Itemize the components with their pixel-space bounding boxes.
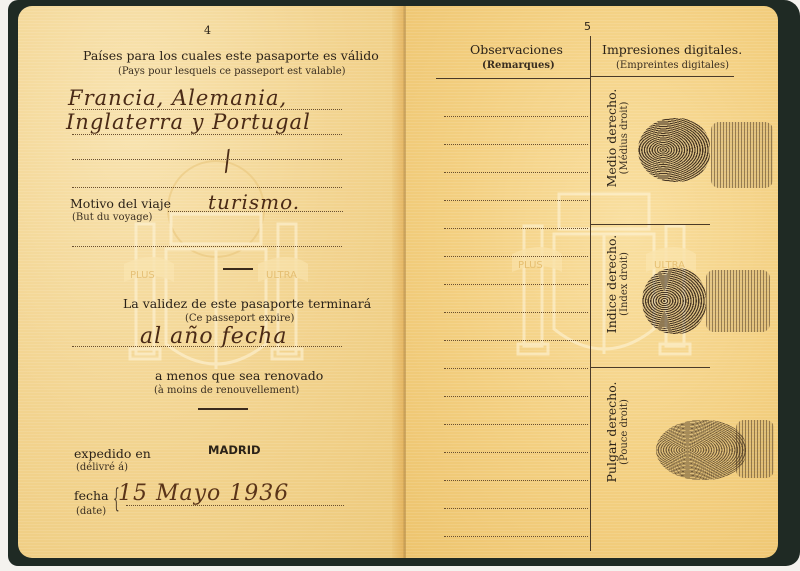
purpose-label-fr: (But du voyage)	[72, 212, 152, 223]
observation-line	[444, 424, 588, 425]
countries-value-line1: Francia, Alemania,	[68, 86, 287, 110]
purpose-label: Motivo del viaje	[70, 196, 171, 211]
date-label: fecha	[74, 488, 109, 503]
observation-line	[444, 312, 588, 313]
header-rule	[436, 78, 590, 79]
finger-divider	[590, 367, 710, 368]
fingerprints-title: Impresiones digitales.	[602, 42, 742, 57]
finger-label-middle: Medio derecho. (Médius droit)	[604, 78, 630, 198]
svg-text:PLUS: PLUS	[518, 260, 543, 271]
observation-line	[444, 340, 588, 341]
countries-label: Países para los cuales este pasaporte es…	[83, 48, 379, 63]
issued-label: expedido en	[74, 446, 151, 461]
observation-line	[444, 452, 588, 453]
observation-line	[444, 172, 588, 173]
observation-line	[444, 508, 588, 509]
header-rule	[590, 76, 734, 77]
dotted-line	[72, 134, 342, 135]
passport-page-5: PLUS ULTRA 5 Observaciones (Remarques) I…	[406, 6, 778, 558]
page-number: 4	[204, 24, 211, 37]
fingerprint-index-roll	[706, 270, 770, 332]
date-label-fr: (date)	[76, 506, 106, 517]
page-number: 5	[584, 20, 591, 33]
svg-text:PLUS: PLUS	[130, 270, 155, 281]
column-divider	[590, 36, 591, 551]
observation-line	[444, 144, 588, 145]
date-value: 15 Mayo 1936	[118, 481, 289, 506]
validity-label: La validez de este pasaporte terminará	[123, 296, 371, 311]
observations-title: Observaciones	[470, 42, 563, 57]
observation-line	[444, 200, 588, 201]
fingerprint-middle	[638, 118, 710, 182]
observation-line	[444, 284, 588, 285]
dotted-line	[168, 211, 343, 212]
issued-value: MADRID	[208, 443, 261, 457]
fingerprint-index	[642, 268, 706, 334]
fingerprint-middle-roll	[711, 122, 773, 188]
finger-label-index: Indice derecho. (Index droit)	[604, 224, 630, 344]
fingerprint-thumb	[656, 420, 746, 480]
dotted-line	[126, 505, 344, 506]
observation-line	[444, 256, 588, 257]
observation-line	[444, 536, 588, 537]
countries-value-line2: Inglaterra y Portugal	[66, 110, 311, 134]
fingerprints-title-fr: (Empreintes digitales)	[616, 60, 729, 71]
issued-label-fr: (délivré á)	[76, 462, 128, 473]
dotted-line	[72, 246, 342, 247]
observation-line	[444, 396, 588, 397]
separator	[198, 408, 248, 410]
dotted-line	[72, 346, 342, 347]
renewal-label-fr: (à moins de renouvellement)	[154, 385, 299, 396]
separator	[223, 268, 253, 270]
observations-title-fr: (Remarques)	[482, 60, 555, 71]
observation-line	[444, 480, 588, 481]
finger-label-thumb: Pulgar derecho. (Pouce droit)	[604, 372, 630, 492]
observation-line	[444, 368, 588, 369]
validity-label-fr: (Ce passeport expire)	[185, 313, 294, 324]
fingerprint-thumb-roll	[736, 420, 774, 478]
svg-text:ULTRA: ULTRA	[266, 270, 297, 281]
observation-line	[444, 116, 588, 117]
renewal-label: a menos que sea renovado	[155, 368, 323, 383]
countries-label-fr: (Pays pour lesquels ce passeport est val…	[118, 66, 346, 77]
passport-page-4: PLUS ULTRA 4 Países para los cuales este…	[18, 6, 406, 558]
observation-line	[444, 228, 588, 229]
dotted-line	[72, 159, 342, 160]
dotted-line	[72, 187, 342, 188]
